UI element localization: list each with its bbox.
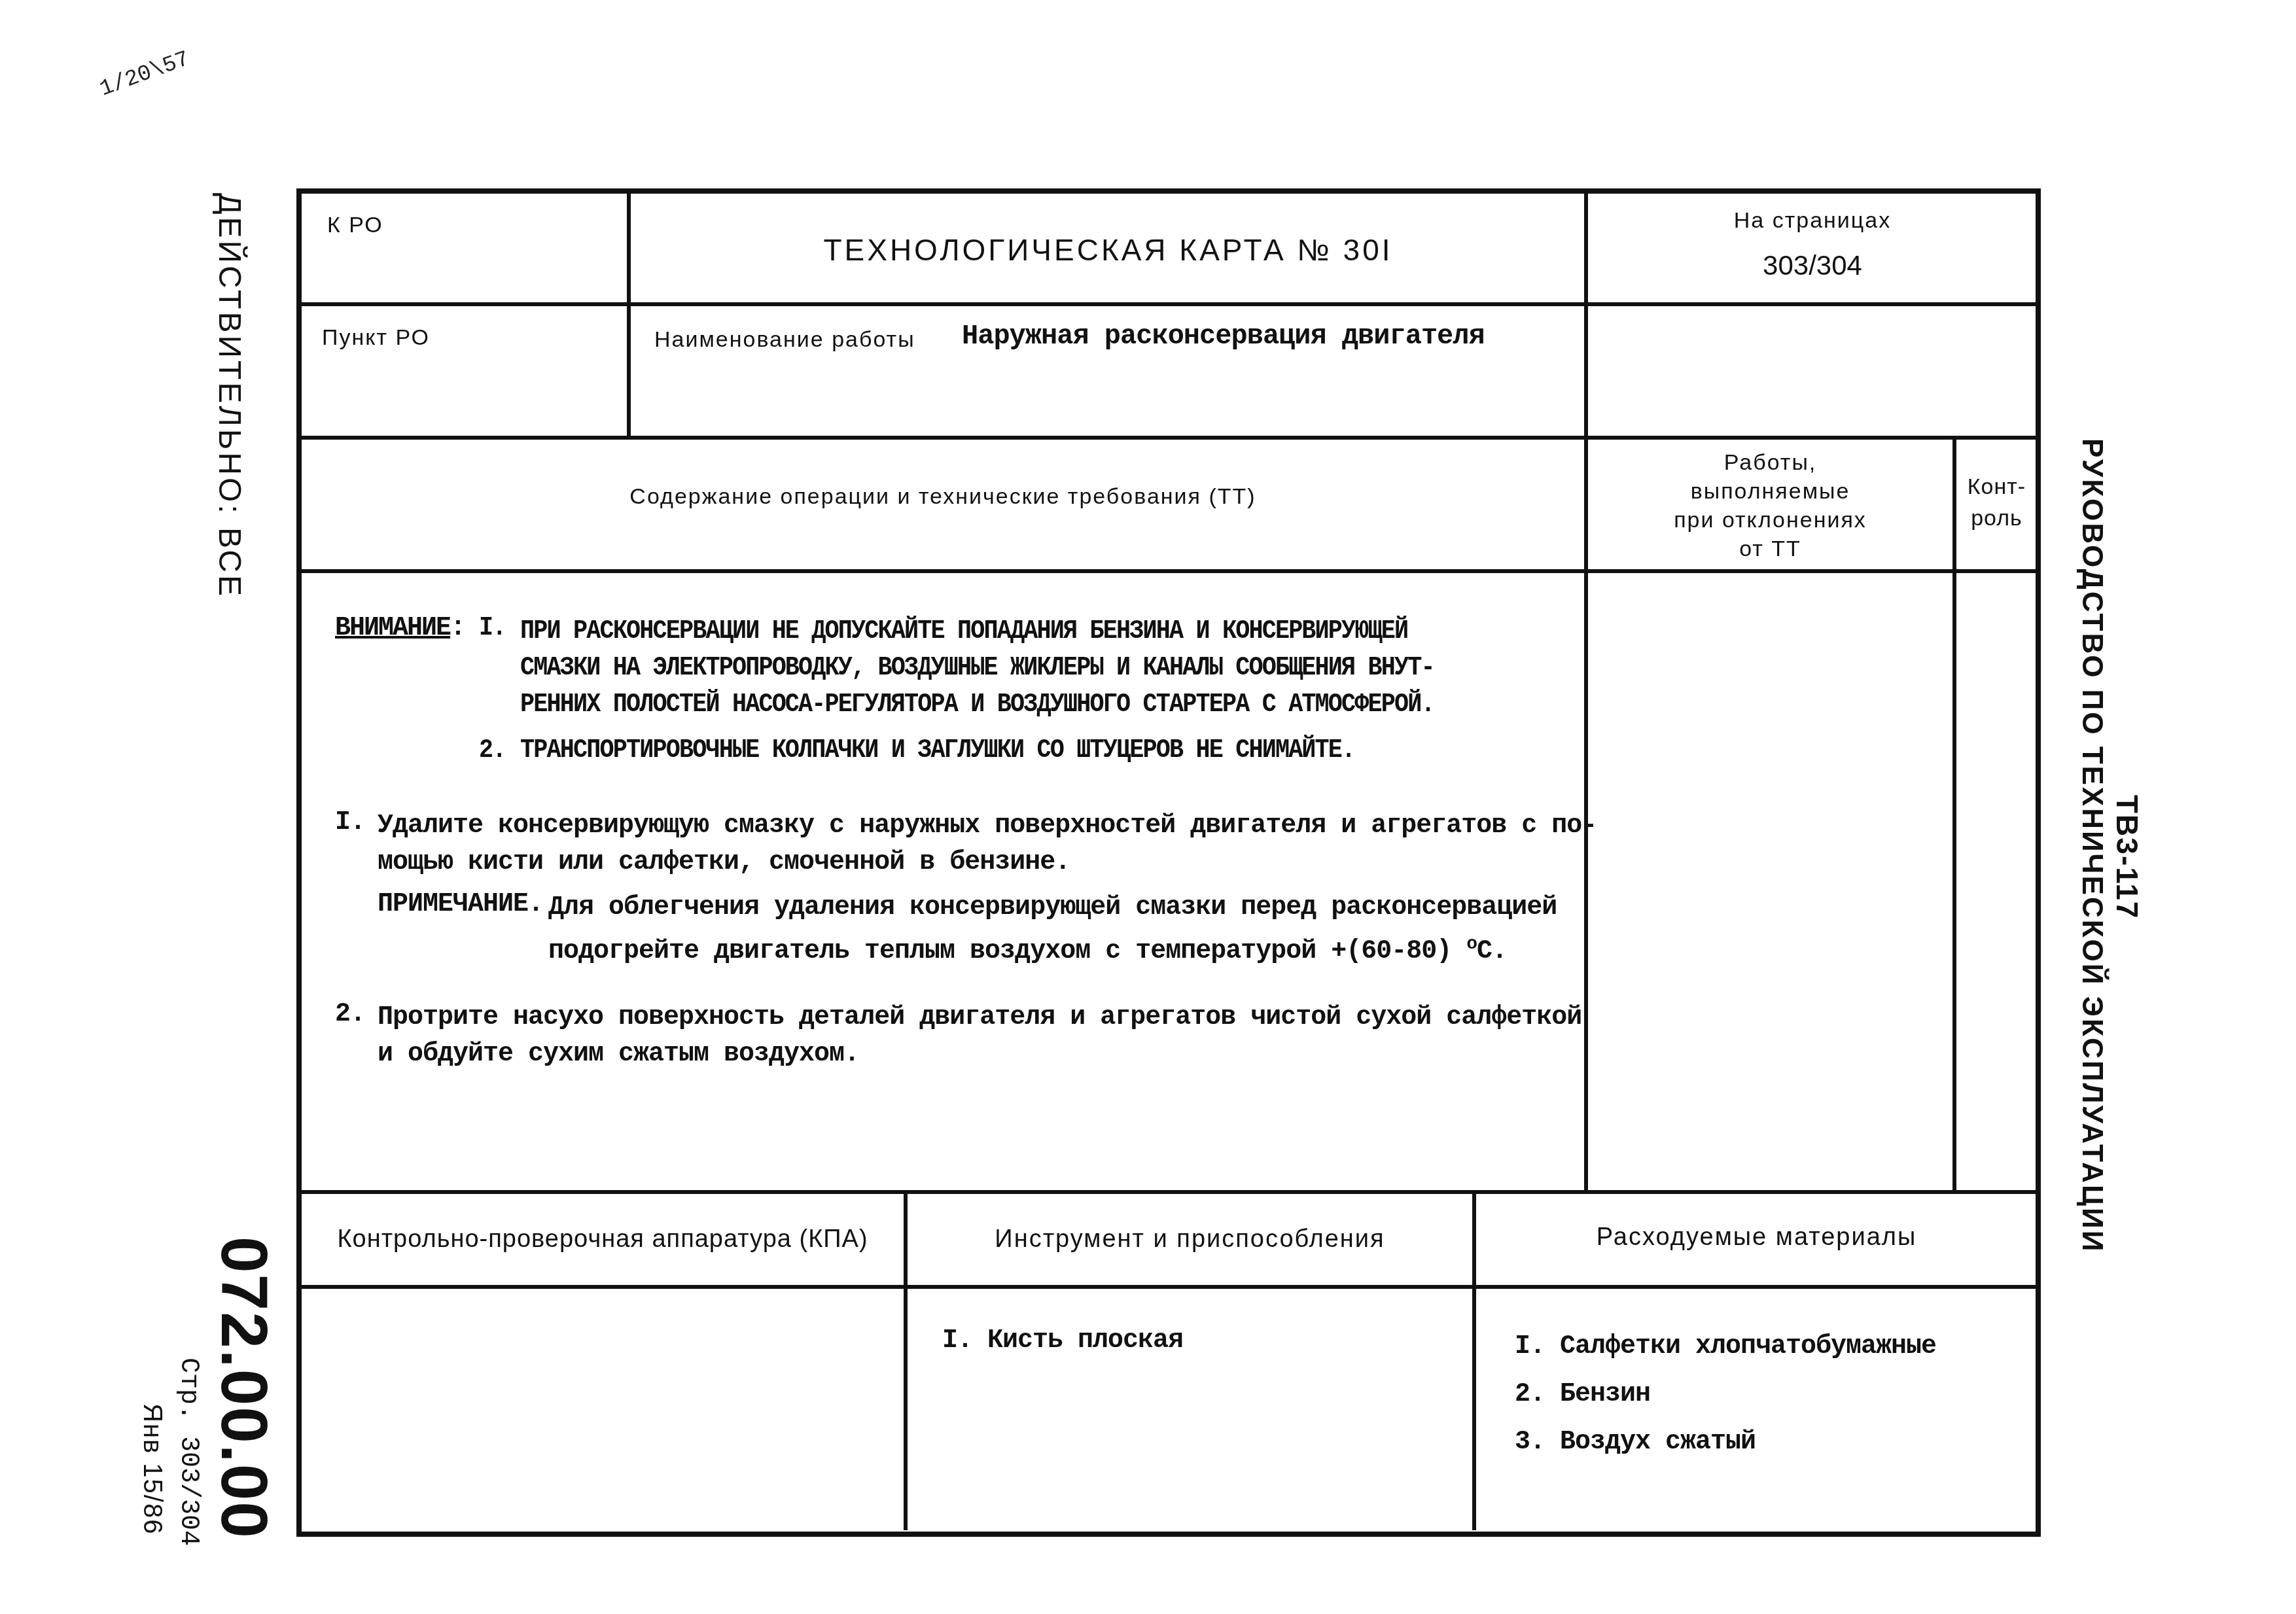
manual-title: РУКОВОДСТВО ПО ТЕХНИЧЕСКОЙ ЭКСПЛУАТАЦИИ bbox=[2075, 438, 2108, 1253]
step-line: мощью кисти или салфетки, смоченной в бе… bbox=[378, 845, 1597, 881]
document-code: 072.00.00 bbox=[206, 1237, 281, 1539]
divider bbox=[296, 302, 2037, 306]
step-1-number: I. bbox=[335, 808, 365, 837]
punkt-ro-label: Пункт РО bbox=[322, 325, 430, 351]
divider bbox=[296, 436, 2037, 440]
divider bbox=[627, 188, 631, 438]
card-title: ТЕХНОЛОГИЧЕСКАЯ КАРТА № 30I bbox=[632, 232, 1584, 268]
note-label: ПРИМЕЧАНИЕ. bbox=[378, 890, 543, 919]
handwritten-mark: 1/20\57 bbox=[97, 47, 193, 103]
pages-label: На страницах bbox=[1588, 208, 2037, 234]
kpa-header: Контрольно-проверочная аппаратура (КПА) bbox=[302, 1225, 904, 1254]
warning-line: РЕННИХ ПОЛОСТЕЙ НАСОСА-РЕГУЛЯТОРА И ВОЗД… bbox=[520, 687, 1434, 724]
step-1-text: Удалите консервирующую смазку с наружных… bbox=[378, 808, 1597, 881]
step-2-text: Протрите насухо поверхность деталей двиг… bbox=[378, 1000, 1581, 1073]
divider bbox=[1952, 436, 1956, 1193]
revision-date: Янв 15/86 bbox=[137, 1403, 167, 1535]
warning-block: ВНИМАНИЕ: bbox=[335, 614, 465, 643]
note-line-text: подогрейте двигатель теплым воздухом с т… bbox=[548, 937, 1466, 966]
warning-1-text: ПРИ РАСКОНСЕРВАЦИИ НЕ ДОПУСКАЙТЕ ПОПАДАН… bbox=[520, 614, 1513, 724]
divider bbox=[1584, 188, 1588, 1193]
divider bbox=[296, 1285, 2037, 1289]
divider bbox=[296, 569, 2037, 573]
note-text: Для облегчения удаления консервирующей с… bbox=[548, 890, 1557, 970]
work-name-value: Наружная расконсервация двигателя bbox=[962, 321, 1485, 352]
step-2-number: 2. bbox=[335, 1000, 365, 1029]
validity-label: ДЕЙСТВИТЕЛЬНО: ВСЕ bbox=[211, 193, 247, 599]
step-line: и обдуйте сухим сжатым воздухом. bbox=[378, 1036, 1581, 1073]
content-column-header: Содержание операции и технические требов… bbox=[302, 484, 1584, 510]
deviations-header-line: выполняемые bbox=[1588, 477, 1952, 506]
warning-2-number: 2. bbox=[479, 736, 505, 765]
page-reference: Стр. 303/304 bbox=[173, 1358, 203, 1546]
control-header-line: роль bbox=[1956, 502, 2037, 534]
materials-list: I. Салфетки хлопчатобумажные 2. Бензин 3… bbox=[1515, 1323, 1936, 1466]
materials-item: I. Салфетки хлопчатобумажные bbox=[1515, 1323, 1936, 1371]
control-header-line: Конт- bbox=[1956, 471, 2037, 502]
deviations-header-line: при отклонениях bbox=[1588, 506, 1952, 535]
warning-label: ВНИМАНИЕ bbox=[335, 614, 450, 643]
divider bbox=[296, 1190, 2037, 1194]
work-name-label: Наименование работы bbox=[654, 327, 915, 353]
materials-item: 3. Воздух сжатый bbox=[1515, 1418, 1936, 1466]
note-unit: С. bbox=[1477, 937, 1507, 966]
step-line: Удалите консервирующую смазку с наружных… bbox=[378, 808, 1597, 845]
tools-item: I. Кисть плоская bbox=[942, 1326, 1183, 1356]
deviations-column-header: Работы, выполняемые при отклонениях от Т… bbox=[1588, 448, 1952, 563]
note-line: Для облегчения удаления консервирующей с… bbox=[548, 890, 1557, 926]
deviations-header-line: от ТТ bbox=[1588, 535, 1952, 563]
engine-model: ТВ3-117 bbox=[2110, 795, 2145, 919]
degree-sign: о bbox=[1466, 934, 1477, 955]
warning-line: ПРИ РАСКОНСЕРВАЦИИ НЕ ДОПУСКАЙТЕ ПОПАДАН… bbox=[520, 614, 1434, 650]
materials-header: Расходуемые материалы bbox=[1476, 1223, 2037, 1252]
warning-1-number: I. bbox=[479, 614, 505, 643]
materials-item: 2. Бензин bbox=[1515, 1371, 1936, 1418]
k-ro-label: К РО bbox=[327, 213, 383, 238]
tools-header: Инструмент и приспособления bbox=[908, 1225, 1472, 1254]
warning-line: СМАЗКИ НА ЭЛЕКТРОПРОВОДКУ, ВОЗДУШНЫЕ ЖИК… bbox=[520, 650, 1434, 687]
control-column-header: Конт- роль bbox=[1956, 471, 2037, 534]
step-line: Протрите насухо поверхность деталей двиг… bbox=[378, 1000, 1581, 1036]
warning-colon: : bbox=[450, 614, 465, 643]
note-line: подогрейте двигатель теплым воздухом с т… bbox=[548, 926, 1557, 970]
warning-2-text: ТРАНСПОРТИРОВОЧНЫЕ КОЛПАЧКИ И ЗАГЛУШКИ С… bbox=[520, 736, 1354, 765]
deviations-header-line: Работы, bbox=[1588, 448, 1952, 477]
pages-value: 303/304 bbox=[1588, 250, 2037, 281]
